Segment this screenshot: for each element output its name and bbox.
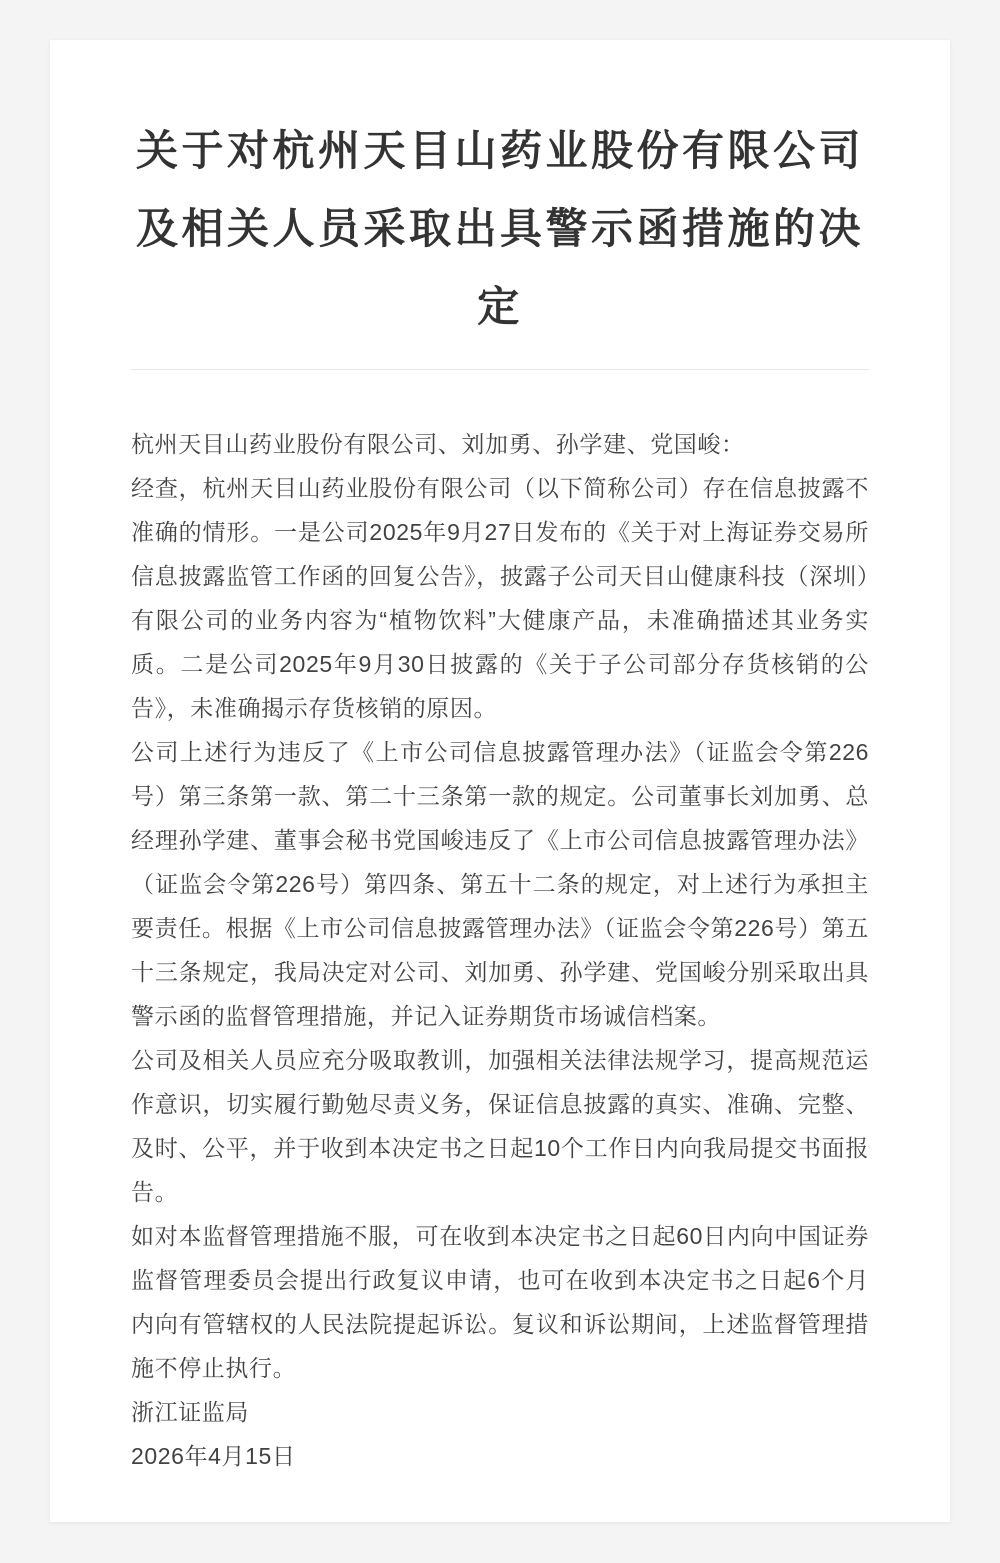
signature-line: 浙江证监局 [131, 1390, 869, 1434]
document-body: 杭州天目山药业股份有限公司、刘加勇、孙学建、党国峻： 经查，杭州天目山药业股份有… [131, 422, 869, 1478]
paragraph-findings: 经查，杭州天目山药业股份有限公司（以下简称公司）存在信息披露不准确的情形。一是公… [131, 466, 869, 730]
paragraph-appeal: 如对本监督管理措施不服，可在收到本决定书之日起60日内向中国证券监督管理委员会提… [131, 1214, 869, 1390]
title-divider [131, 369, 869, 370]
salutation-line: 杭州天目山药业股份有限公司、刘加勇、孙学建、党国峻： [131, 422, 869, 466]
paragraph-violations: 公司上述行为违反了《上市公司信息披露管理办法》（证监会令第226号）第三条第一款… [131, 730, 869, 1038]
paragraph-requirements: 公司及相关人员应充分吸取教训，加强相关法律法规学习，提高规范运作意识，切实履行勤… [131, 1038, 869, 1214]
page-background: { "page": { "title": "关于对杭州天目山药业股份有限公司及相… [0, 0, 1000, 1563]
date-line: 2026年4月15日 [131, 1434, 869, 1478]
document-title: 关于对杭州天目山药业股份有限公司及相关人员采取出具警示函措施的决定 [131, 112, 869, 346]
document-card: 关于对杭州天目山药业股份有限公司及相关人员采取出具警示函措施的决定 杭州天目山药… [50, 40, 950, 1522]
